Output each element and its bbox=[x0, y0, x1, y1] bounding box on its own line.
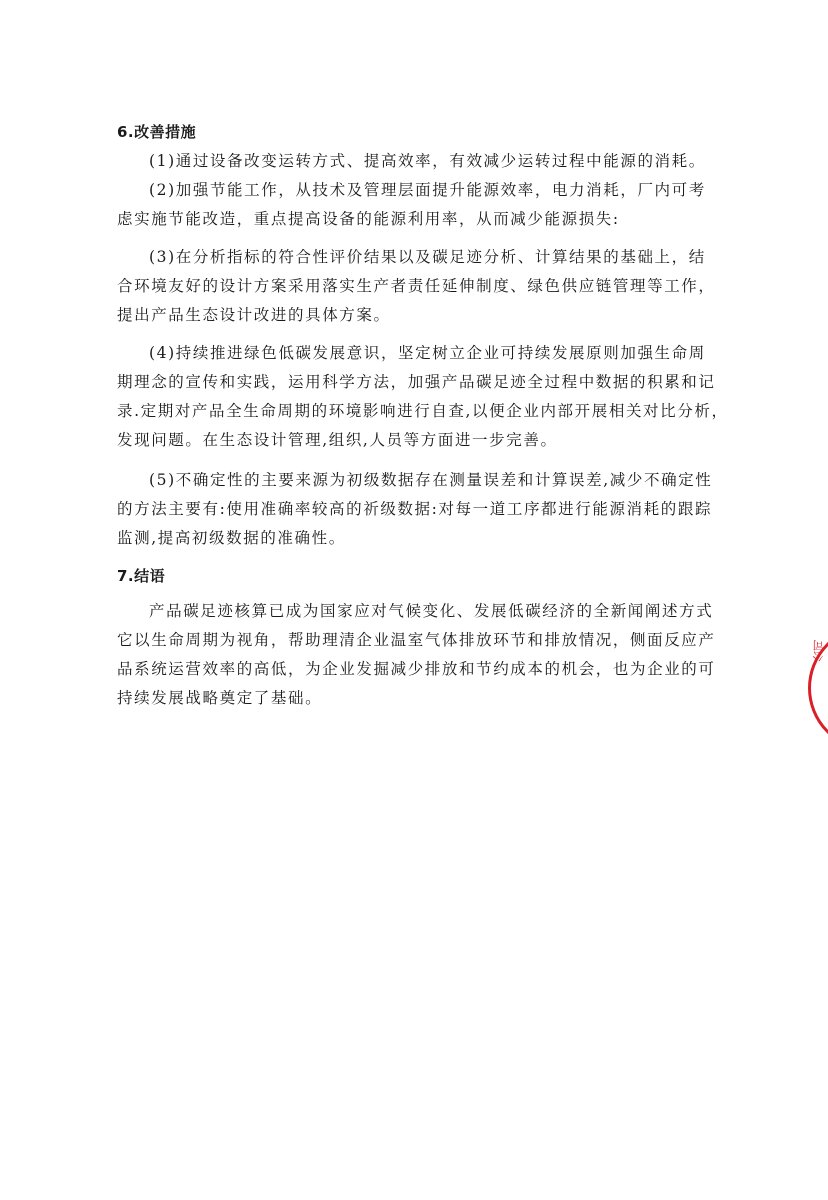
section-heading-improvement: 6.改善措施 bbox=[117, 121, 196, 142]
paragraph-2: (2)加强节能工作，从技术及管理层面提升能源效率，电力消耗，厂内可考 虑实施节能… bbox=[117, 176, 707, 234]
paragraph-line: 录.定期对产品全生命周期的环境影响进行自查,以便企业内部开展相关对比分析， bbox=[117, 397, 707, 426]
paragraph-line: (2)加强节能工作，从技术及管理层面提升能源效率，电力消耗，厂内可考 bbox=[117, 176, 707, 205]
paragraph-line: 它以生命周期为视角，帮助理清企业温室气体排放环节和排放情况，侧面反应产 bbox=[117, 626, 707, 655]
paragraph-line: 期理念的宣传和实践，运用科学方法，加强产品碳足迹全过程中数据的积累和记 bbox=[117, 368, 707, 397]
document-page: 6.改善措施 (1)通过设备改变运转方式、提高效率，有效减少运转过程中能源的消耗… bbox=[0, 0, 828, 1200]
paragraph-4: (4)持续推进绿色低碳发展意识，坚定树立企业可持续发展原则加强生命周 期理念的宣… bbox=[117, 339, 707, 455]
paragraph-line: 品系统运营效率的高低，为企业发掘减少排放和节约成本的机会，也为企业的可 bbox=[117, 655, 707, 684]
paragraph-conclusion: 产品碳足迹核算已成为国家应对气候变化、发展低碳经济的全新闻阐述方式 它以生命周期… bbox=[117, 597, 707, 713]
paragraph-line: 虑实施节能改造，重点提高设备的能源利用率，从而减少能源损失: bbox=[117, 205, 707, 234]
paragraph-5: (5)不确定性的主要来源为初级数据存在测量误差和计算误差,减少不确定性 的方法主… bbox=[117, 466, 707, 553]
paragraph-line: (5)不确定性的主要来源为初级数据存在测量误差和计算误差,减少不确定性 bbox=[117, 466, 707, 495]
paragraph-line: (4)持续推进绿色低碳发展意识，坚定树立企业可持续发展原则加强生命周 bbox=[117, 339, 707, 368]
paragraph-line: 发现问题。在生态设计管理,组织,人员等方面进一步完善。 bbox=[117, 426, 707, 455]
paragraph-line: (1)通过设备改变运转方式、提高效率，有效减少运转过程中能源的消耗。 bbox=[117, 147, 707, 176]
section-heading-conclusion: 7.结语 bbox=[117, 565, 165, 586]
paragraph-line: 提出产品生态设计改进的具体方案。 bbox=[117, 301, 707, 330]
paragraph-line: 的方法主要有:使用准确率较高的祈级数据:对每一道工序都进行能源消耗的跟踪 bbox=[117, 495, 707, 524]
paragraph-1: (1)通过设备改变运转方式、提高效率，有效减少运转过程中能源的消耗。 bbox=[117, 147, 707, 176]
paragraph-line: 持续发展战略奠定了基础。 bbox=[117, 684, 707, 713]
seal-text: 公司 bbox=[812, 640, 826, 662]
paragraph-line: (3)在分析指标的符合性评价结果以及碳足迹分析、计算结果的基础上，结 bbox=[117, 243, 707, 272]
paragraph-line: 产品碳足迹核算已成为国家应对气候变化、发展低碳经济的全新闻阐述方式 bbox=[117, 597, 707, 626]
paragraph-3: (3)在分析指标的符合性评价结果以及碳足迹分析、计算结果的基础上，结 合环境友好… bbox=[117, 243, 707, 330]
paragraph-line: 合环境友好的设计方案采用落实生产者责任延伸制度、绿色供应链管理等工作， bbox=[117, 272, 707, 301]
paragraph-line: 监测,提高初级数据的准确性。 bbox=[117, 524, 707, 553]
